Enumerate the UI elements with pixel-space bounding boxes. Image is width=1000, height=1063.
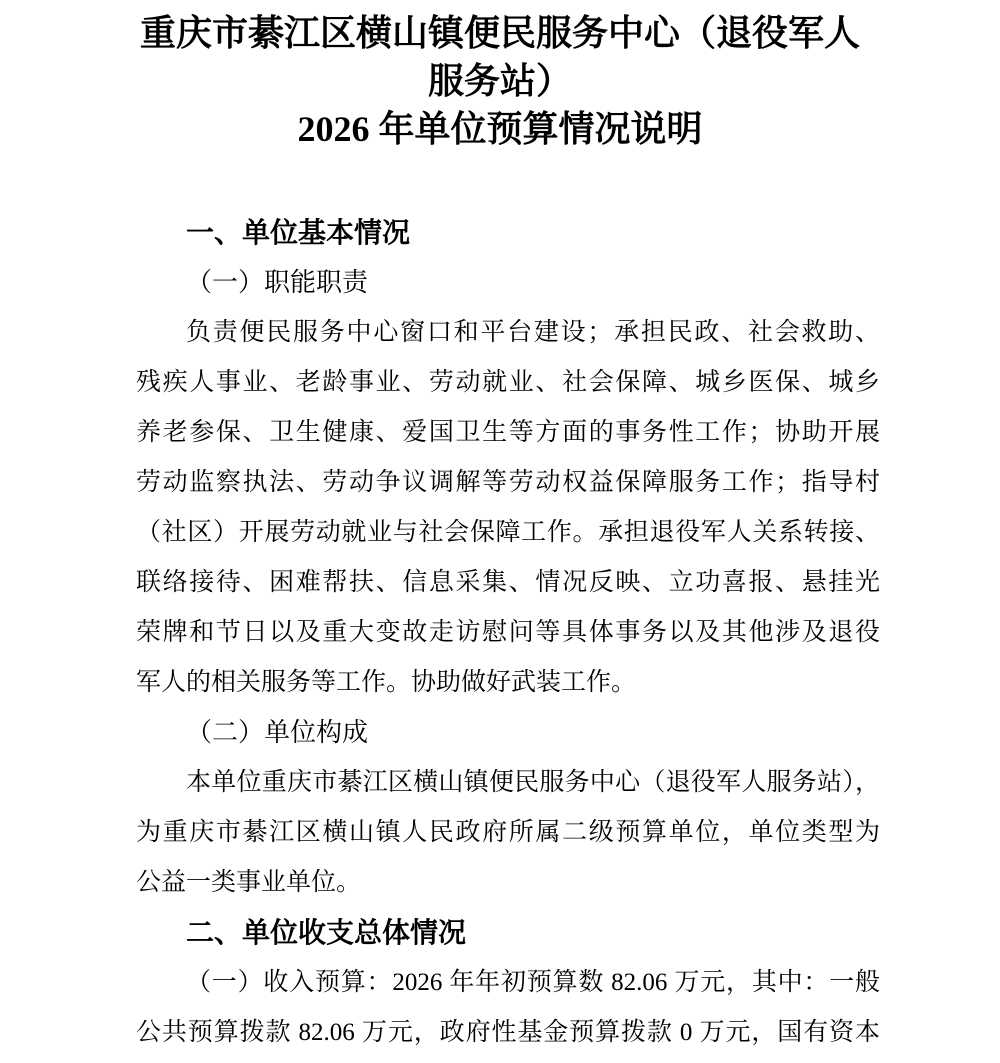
paragraph-duties-line: 荣牌和节日以及重大变故走访慰问等具体事务以及其他涉及退役 bbox=[136, 608, 880, 658]
paragraph-income-budget-line: （一）收入预算：2026 年年初预算数 82.06 万元，其中：一般 bbox=[136, 958, 880, 1008]
subsection-heading-composition: （二）单位构成 bbox=[136, 708, 880, 758]
section-heading-budget-overview: 二、单位收支总体情况 bbox=[136, 908, 880, 958]
paragraph-duties-line: 劳动监察执法、劳动争议调解等劳动权益保障服务工作；指导村 bbox=[136, 458, 880, 508]
paragraph-duties-line: 养老参保、卫生健康、爱国卫生等方面的事务性工作；协助开展 bbox=[136, 408, 880, 458]
paragraph-composition-line: 本单位重庆市綦江区横山镇便民服务中心（退役军人服务站）， bbox=[136, 758, 880, 808]
paragraph-duties-line: 负责便民服务中心窗口和平台建设；承担民政、社会救助、 bbox=[136, 308, 880, 358]
subsection-heading-duties: （一）职能职责 bbox=[136, 258, 880, 308]
paragraph-composition-line: 公益一类事业单位。 bbox=[136, 858, 880, 908]
document-body: 一、单位基本情况 （一）职能职责 负责便民服务中心窗口和平台建设；承担民政、社会… bbox=[136, 208, 880, 1058]
document-title-line-3: 2026 年单位预算情况说明 bbox=[0, 105, 1000, 153]
document-page: 重庆市綦江区横山镇便民服务中心（退役军人 服务站） 2026 年单位预算情况说明… bbox=[0, 0, 1000, 1063]
paragraph-composition-line: 为重庆市綦江区横山镇人民政府所属二级预算单位，单位类型为 bbox=[136, 808, 880, 858]
document-title-line-2: 服务站） bbox=[0, 57, 1000, 105]
paragraph-duties-line: 残疾人事业、老龄事业、劳动就业、社会保障、城乡医保、城乡 bbox=[136, 358, 880, 408]
section-heading-basic-info: 一、单位基本情况 bbox=[136, 208, 880, 258]
document-title: 重庆市綦江区横山镇便民服务中心（退役军人 服务站） 2026 年单位预算情况说明 bbox=[0, 9, 1000, 153]
paragraph-duties-line: （社区）开展劳动就业与社会保障工作。承担退役军人关系转接、 bbox=[136, 508, 880, 558]
document-title-line-1: 重庆市綦江区横山镇便民服务中心（退役军人 bbox=[0, 9, 1000, 57]
paragraph-duties-line: 军人的相关服务等工作。协助做好武装工作。 bbox=[136, 658, 880, 708]
paragraph-duties-line: 联络接待、困难帮扶、信息采集、情况反映、立功喜报、悬挂光 bbox=[136, 558, 880, 608]
paragraph-income-budget-line: 公共预算拨款 82.06 万元，政府性基金预算拨款 0 万元，国有资本 bbox=[136, 1008, 880, 1058]
